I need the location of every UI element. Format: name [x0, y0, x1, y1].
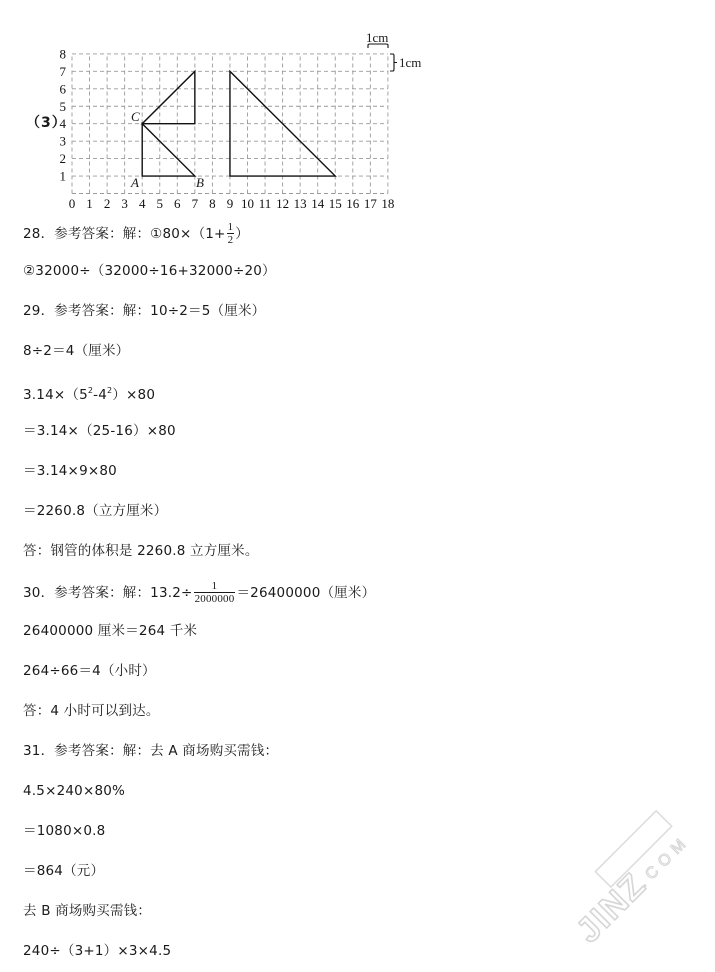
x-tick-label: 0 — [69, 196, 76, 211]
y-tick-label: 2 — [60, 151, 67, 166]
fraction-scale: 12000000 — [194, 581, 236, 605]
scale-label-horizontal: 1cm — [366, 30, 388, 46]
q29-line-6: ＝2260.8（立方厘米） — [23, 502, 167, 520]
q28-line-1-suffix: ） — [235, 226, 249, 242]
x-tick-label: 5 — [157, 196, 164, 211]
q31-line-3: ＝1080×0.8 — [23, 822, 105, 840]
x-tick-label: 1 — [86, 196, 93, 211]
q29-answer: 答：钢管的体积是 2260.8 立方厘米。 — [23, 542, 259, 560]
grid-figure: 0123456789101112131415161718 12345678 1c… — [0, 0, 430, 215]
x-tick-label: 18 — [381, 196, 394, 211]
x-tick-label: 2 — [104, 196, 111, 211]
q30-line-1-prefix: 30．参考答案：解：13.2÷ — [23, 585, 193, 601]
scale-bracket-vertical — [390, 54, 397, 71]
q31-line-2: 4.5×240×80% — [23, 782, 125, 800]
q31-line-5: 去 B 商场购买需钱： — [23, 902, 151, 920]
x-tick-label: 15 — [329, 196, 342, 211]
x-tick-label: 8 — [209, 196, 216, 211]
q28-line-2: ②32000÷（32000÷16+32000÷20） — [23, 262, 276, 280]
triangle-abc — [142, 124, 195, 176]
y-tick-label: 8 — [60, 46, 67, 61]
q29-line-5: ＝3.14×9×80 — [23, 462, 117, 480]
point-label-c: C — [131, 109, 140, 125]
q30-line-1-suffix: ＝26400000（厘米） — [236, 585, 375, 601]
x-tick-label: 13 — [294, 196, 307, 211]
q31-line-1: 31．参考答案：解：去 A 商场购买需钱： — [23, 742, 278, 760]
q28-line-1-prefix: 28．参考答案：解：①80×（1+ — [23, 226, 226, 242]
fraction-one-half: 12 — [227, 222, 235, 246]
x-tick-label: 12 — [276, 196, 289, 211]
x-tick-label: 4 — [139, 196, 146, 211]
x-tick-label: 10 — [241, 196, 254, 211]
q29-line-3-part-a: 3.14×（5 — [23, 387, 88, 403]
fraction-numerator: 1 — [194, 581, 236, 592]
x-tick-label: 17 — [364, 196, 378, 211]
q31-line-6: 240÷（3+1）×3×4.5 — [23, 942, 171, 960]
x-tick-label: 11 — [259, 196, 272, 211]
x-tick-label: 3 — [121, 196, 128, 211]
q31-line-4: ＝864（元） — [23, 862, 104, 880]
q29-line-3: 3.14×（52-42）×80 — [23, 382, 155, 404]
q28-line-1: 28．参考答案：解：①80×（1+12） — [23, 222, 249, 246]
y-tick-label: 3 — [60, 134, 67, 149]
watermark-logo: JINZ .COM — [545, 800, 715, 970]
point-label-a: A — [131, 175, 139, 191]
q30-line-1: 30．参考答案：解：13.2÷12000000＝26400000（厘米） — [23, 581, 375, 605]
point-label-b: B — [196, 175, 204, 191]
fraction-denominator: 2000000 — [194, 592, 236, 605]
fraction-denominator: 2 — [227, 233, 235, 246]
q29-line-3-part-c: ）×80 — [112, 387, 155, 403]
svg-text:.COM: .COM — [635, 832, 694, 891]
q29-line-2: 8÷2＝4（厘米） — [23, 342, 129, 360]
x-tick-label: 16 — [346, 196, 360, 211]
q29-line-4: ＝3.14×（25-16）×80 — [23, 422, 176, 440]
q30-answer: 答：4 小时可以到达。 — [23, 702, 160, 720]
q29-line-3-part-b: -4 — [93, 387, 107, 403]
y-tick-label: 1 — [60, 169, 67, 184]
svg-text:JINZ: JINZ — [569, 865, 654, 950]
q30-line-3: 264÷66＝4（小时） — [23, 662, 156, 680]
x-tick-label: 7 — [192, 196, 199, 211]
x-tick-label: 6 — [174, 196, 181, 211]
y-tick-label: 6 — [60, 81, 67, 96]
q30-line-2: 26400000 厘米＝264 千米 — [23, 622, 197, 640]
q29-line-1: 29．参考答案：解：10÷2＝5（厘米） — [23, 302, 265, 320]
y-tick-label: 7 — [60, 64, 67, 79]
fraction-numerator: 1 — [227, 222, 235, 233]
part-label: （3） — [26, 112, 67, 132]
scale-label-vertical: 1cm — [399, 55, 421, 71]
triangle-rotated — [142, 71, 195, 123]
x-tick-label: 9 — [227, 196, 234, 211]
x-tick-label: 14 — [311, 196, 325, 211]
